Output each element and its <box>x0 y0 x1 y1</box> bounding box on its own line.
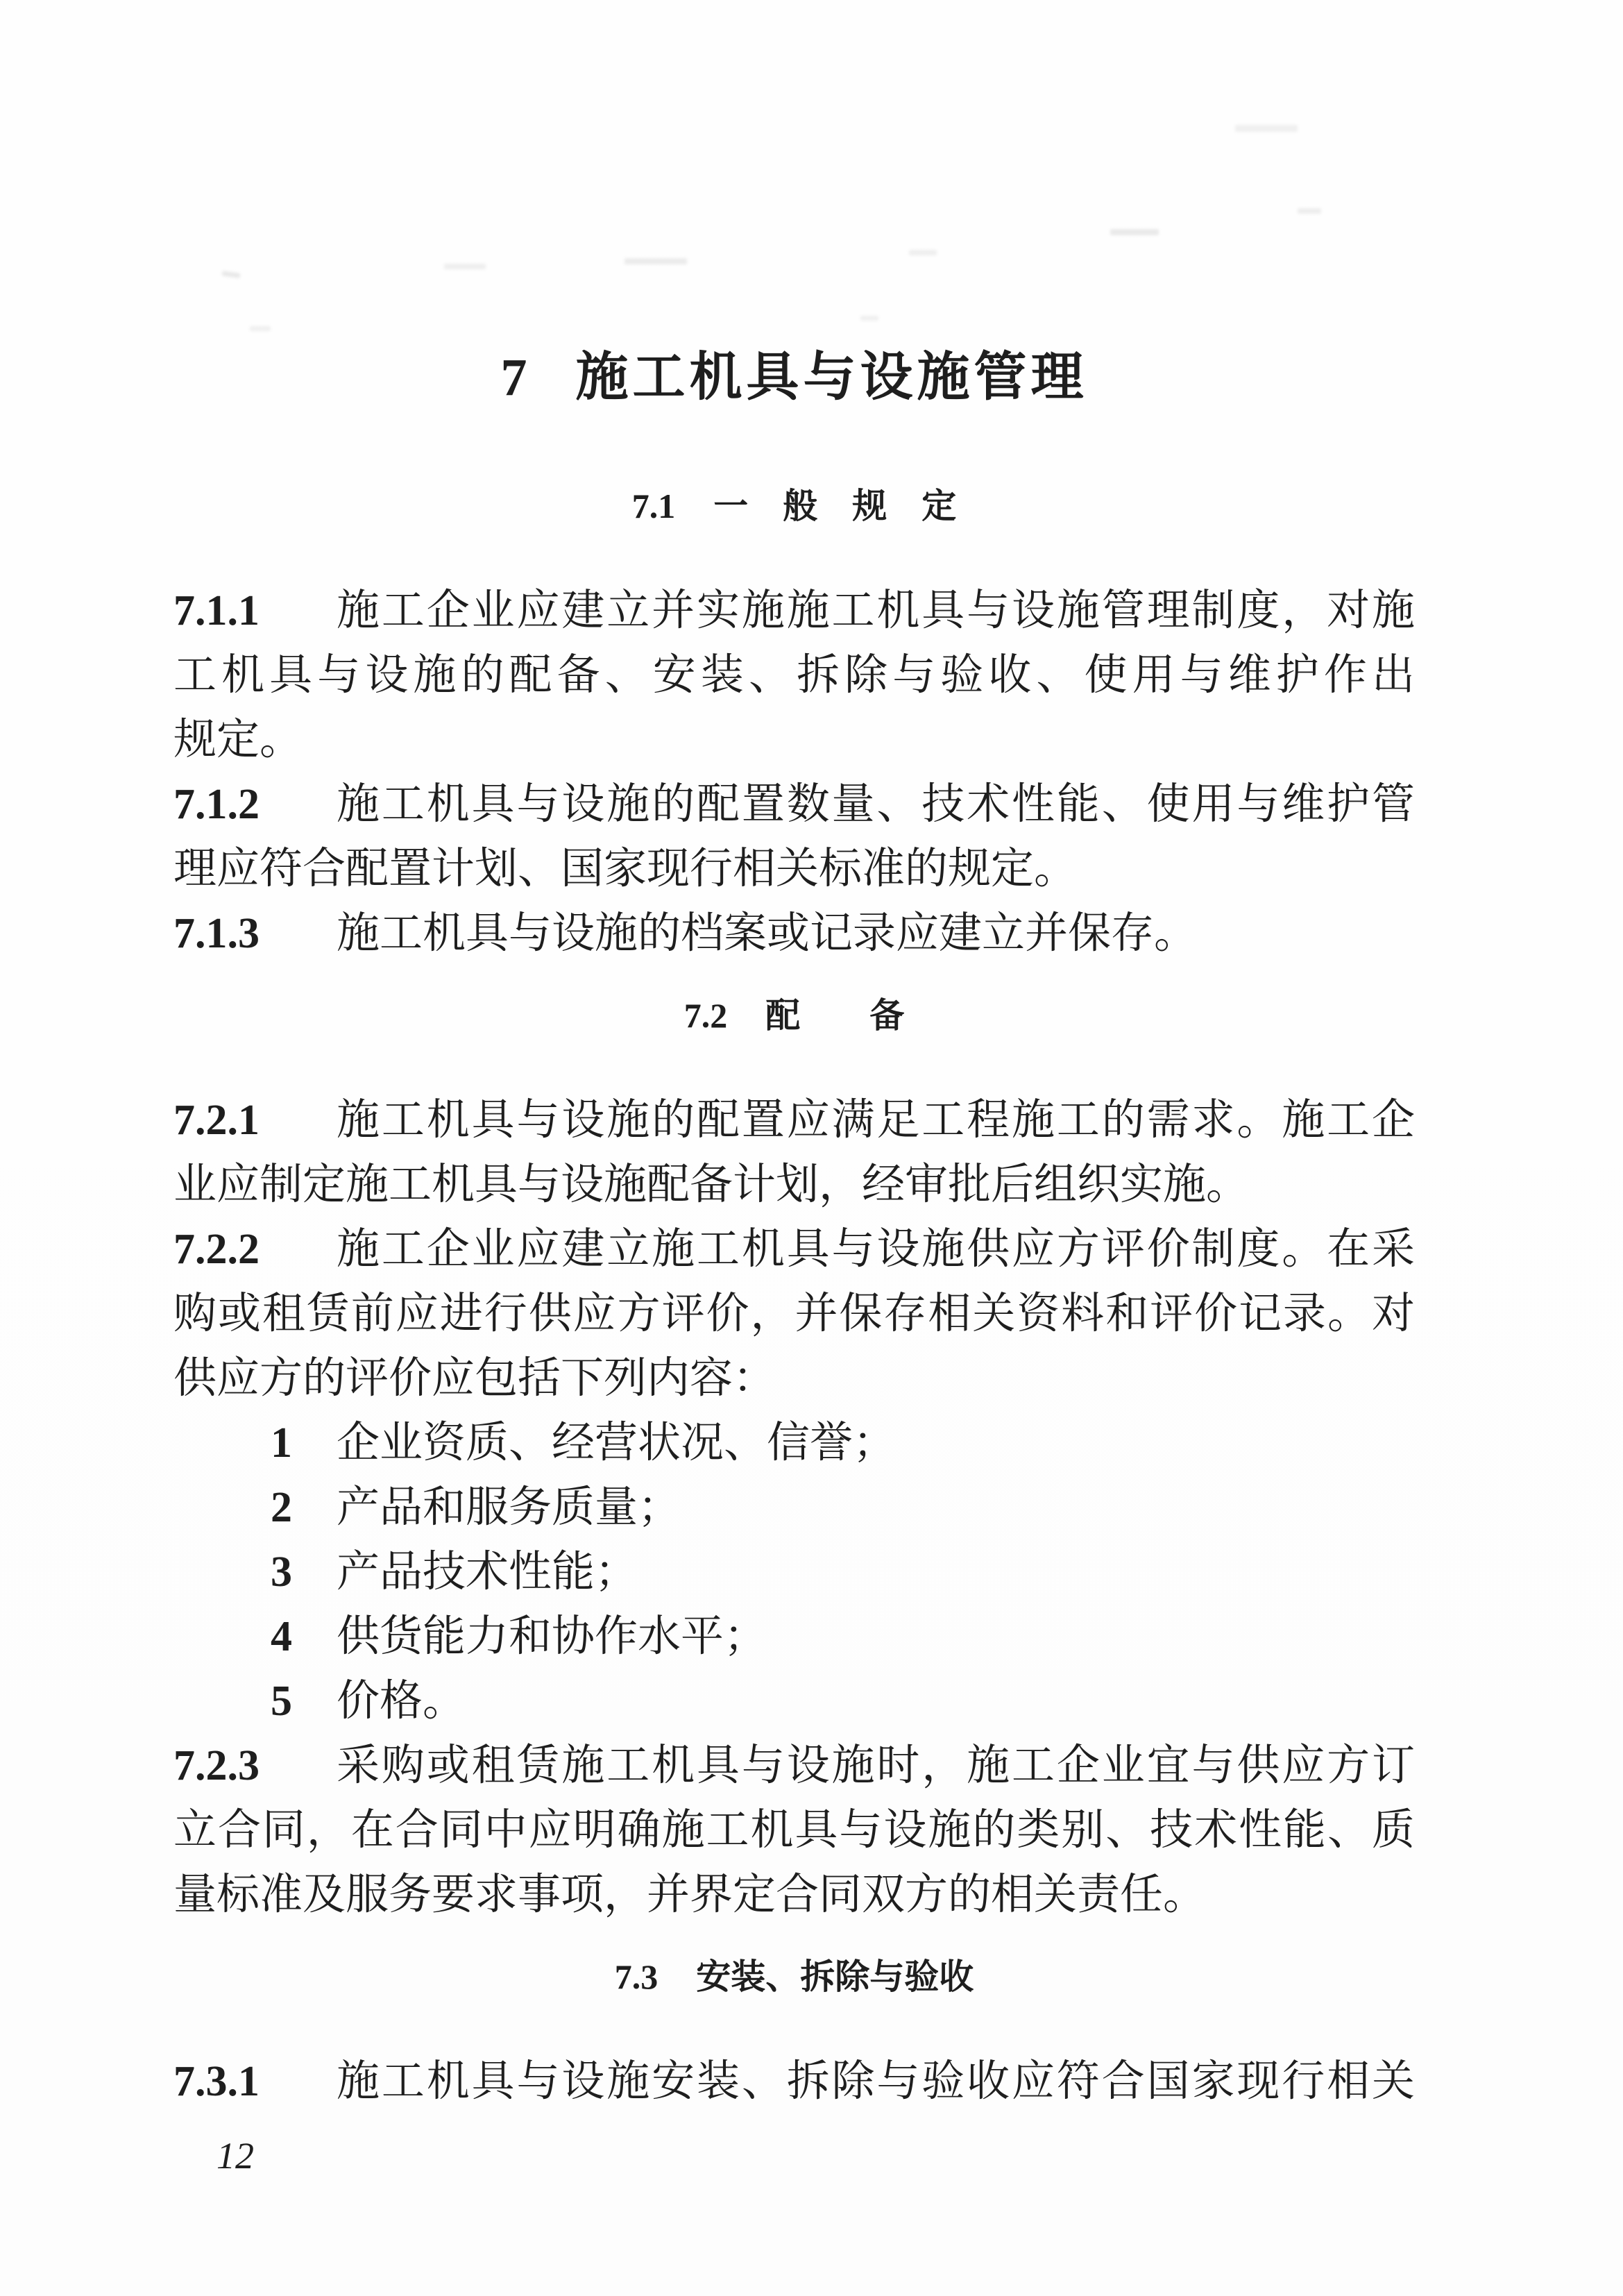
clause-text: 工机具与设施的配备、安装、拆除与验收、使用与维护作出 <box>173 643 1415 708</box>
clause-text: 采购或租赁施工机具与设施时，施工企业宜与供应方订 <box>337 1734 1415 1798</box>
chapter-title-text: 施工机具与设施管理 <box>576 348 1088 407</box>
section-title: 安装、拆除与验收 <box>696 1957 974 1996</box>
section-number: 7.3 <box>615 1957 658 1996</box>
list-item-text: 供货能力和协作水平； <box>337 1605 1415 1669</box>
clause-label: 7.1.2 <box>173 773 337 837</box>
chapter-title: 7施工机具与设施管理 <box>173 347 1415 408</box>
list-item: 4 供货能力和协作水平； <box>173 1605 1415 1669</box>
clause-text: 业应制定施工机具与设施配备计划，经审批后组织实施。 <box>173 1153 1415 1217</box>
clause-text: 施工机具与设施的档案或记录应建立并保存。 <box>337 902 1415 966</box>
clause-7-3-1: 7.3.1 施工机具与设施安装、拆除与验收应符合国家现行相关 <box>173 2050 1415 2114</box>
section-heading-7-2: 7.2配 备 <box>173 995 1415 1036</box>
clause-7-2-1: 7.2.1 施工机具与设施的配置应满足工程施工的需求。施工企 <box>173 1088 1415 1153</box>
clause-text: 施工机具与设施的配置应满足工程施工的需求。施工企 <box>337 1088 1415 1153</box>
list-item-number: 4 <box>271 1605 337 1669</box>
section-body-7-1: 7.1.1 施工企业应建立并实施施工机具与设施管理制度，对施 工机具与设施的配备… <box>173 579 1415 966</box>
list-item: 3 产品技术性能； <box>173 1540 1415 1605</box>
clause-text: 施工机具与设施的配置数量、技术性能、使用与维护管 <box>337 773 1415 837</box>
clause-label: 7.2.3 <box>173 1734 337 1798</box>
clause-text: 立合同，在合同中应明确施工机具与设施的类别、技术性能、质 <box>173 1798 1415 1863</box>
list-item: 1 企业资质、经营状况、信誉； <box>173 1411 1415 1476</box>
clause-text: 施工机具与设施安装、拆除与验收应符合国家现行相关 <box>337 2050 1415 2114</box>
list-item-number: 5 <box>271 1669 337 1734</box>
clause-label: 7.2.1 <box>173 1088 337 1153</box>
clause-7-1-2: 7.1.2 施工机具与设施的配置数量、技术性能、使用与维护管 <box>173 773 1415 837</box>
clause-7-1-1: 7.1.1 施工企业应建立并实施施工机具与设施管理制度，对施 <box>173 579 1415 643</box>
clause-text: 理应符合配置计划、国家现行相关标准的规定。 <box>173 837 1415 902</box>
list-item-number: 2 <box>271 1476 337 1540</box>
section-number: 7.2 <box>684 996 728 1035</box>
clause-label: 7.1.3 <box>173 902 337 966</box>
clause-text: 供应方的评价应包括下列内容： <box>173 1347 1415 1411</box>
list-item-number: 3 <box>271 1540 337 1605</box>
document-page: 7施工机具与设施管理 7.1一 般 规 定 7.1.1 施工企业应建立并实施施工… <box>0 0 1623 2296</box>
chapter-number: 7 <box>501 348 527 407</box>
clause-7-2-3: 7.2.3 采购或租赁施工机具与设施时，施工企业宜与供应方订 <box>173 1734 1415 1798</box>
section-body-7-2: 7.2.1 施工机具与设施的配置应满足工程施工的需求。施工企 业应制定施工机具与… <box>173 1088 1415 1927</box>
clause-label: 7.1.1 <box>173 579 337 643</box>
clause-label: 7.2.2 <box>173 1217 337 1282</box>
clause-text: 购或租赁前应进行供应方评价，并保存相关资料和评价记录。对 <box>173 1282 1415 1347</box>
section-title: 一 般 规 定 <box>713 487 956 525</box>
clause-text: 施工企业应建立施工机具与设施供应方评价制度。在采 <box>337 1217 1415 1282</box>
list-item-text: 产品和服务质量； <box>337 1476 1415 1540</box>
list-item-text: 企业资质、经营状况、信誉； <box>337 1411 1415 1476</box>
clause-7-1-3: 7.1.3 施工机具与设施的档案或记录应建立并保存。 <box>173 902 1415 966</box>
section-body-7-3: 7.3.1 施工机具与设施安装、拆除与验收应符合国家现行相关 <box>173 2050 1415 2114</box>
section-title: 配 备 <box>765 996 904 1035</box>
clause-label: 7.3.1 <box>173 2050 337 2114</box>
section-heading-7-1: 7.1一 般 规 定 <box>173 486 1415 526</box>
clause-7-2-2: 7.2.2 施工企业应建立施工机具与设施供应方评价制度。在采 <box>173 1217 1415 1282</box>
list-item-text: 价格。 <box>337 1669 1415 1734</box>
page-content: 7施工机具与设施管理 7.1一 般 规 定 7.1.1 施工企业应建立并实施施工… <box>173 0 1415 2177</box>
list-item-text: 产品技术性能； <box>337 1540 1415 1605</box>
clause-text: 量标准及服务要求事项，并界定合同双方的相关责任。 <box>173 1863 1415 1927</box>
section-number: 7.1 <box>632 487 676 525</box>
section-heading-7-3: 7.3安装、拆除与验收 <box>173 1957 1415 1997</box>
clause-text: 施工企业应建立并实施施工机具与设施管理制度，对施 <box>337 579 1415 643</box>
list-item: 5 价格。 <box>173 1669 1415 1734</box>
clause-text: 规定。 <box>173 708 1415 773</box>
page-number: 12 <box>216 2135 1415 2177</box>
list-item-number: 1 <box>271 1411 337 1476</box>
list-item: 2 产品和服务质量； <box>173 1476 1415 1540</box>
